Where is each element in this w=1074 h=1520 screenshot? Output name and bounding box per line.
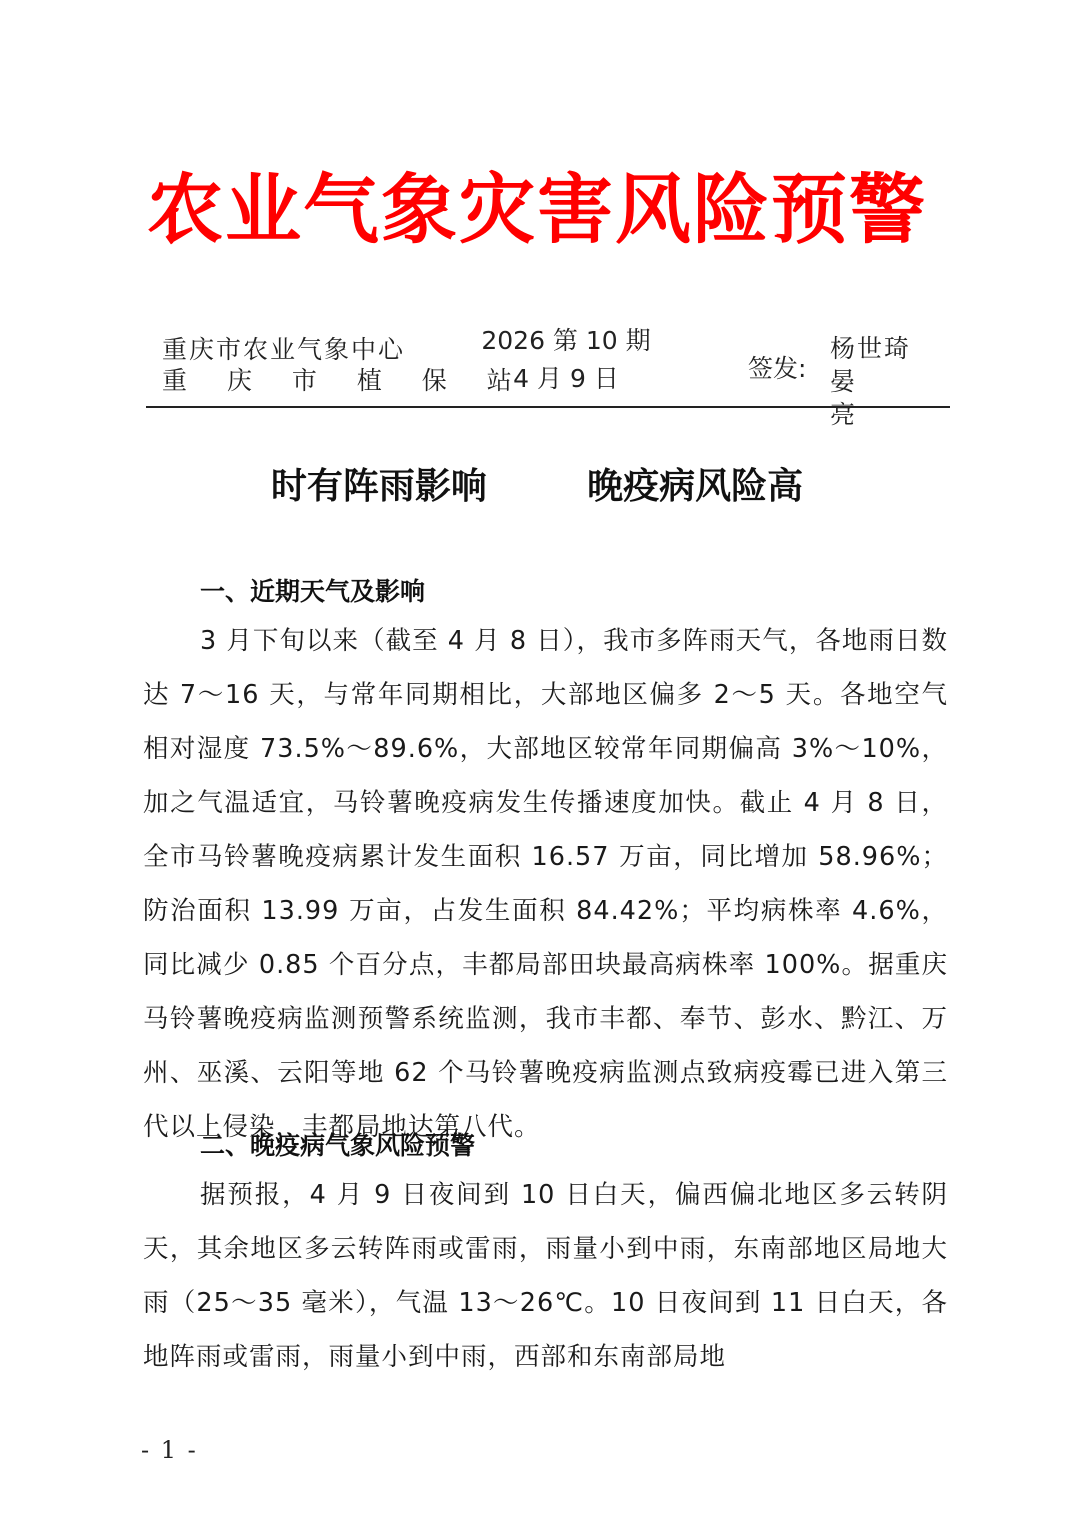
document-meta: 重庆市农业气象中心 重 庆 市 植 保 站 2026 第 10 期 4 月 9 … (146, 318, 950, 406)
sign-label: 签发: (748, 349, 806, 385)
issuing-organizations: 重庆市农业气象中心 重 庆 市 植 保 站 (162, 334, 528, 396)
document-title: 时有阵雨影响 晚疫病风险高 (0, 460, 1074, 512)
section-heading-1: 一、近期天气及影响 (200, 572, 425, 612)
paragraph-1: 3 月下旬以来（截至 4 月 8 日），我市多阵雨天气，各地雨日数达 7～16 … (143, 614, 948, 1154)
signer-2: 晏 亮 (830, 365, 950, 431)
section-body-2: 据预报，4 月 9 日夜间到 10 日白天，偏西偏北地区多云转阴天，其余地区多云… (143, 1168, 948, 1384)
page-number: - 1 - (141, 1436, 198, 1464)
signer-1: 杨世琦 (830, 332, 950, 365)
header-divider (146, 406, 950, 408)
issue-number: 2026 第 10 期 (476, 322, 656, 360)
paragraph-2: 据预报，4 月 9 日夜间到 10 日白天，偏西偏北地区多云转阴天，其余地区多云… (143, 1168, 948, 1384)
section-body-1: 3 月下旬以来（截至 4 月 8 日），我市多阵雨天气，各地雨日数达 7～16 … (143, 614, 948, 1154)
issue-info: 2026 第 10 期 4 月 9 日 (476, 322, 656, 398)
issuer-2: 重 庆 市 植 保 站 (162, 365, 528, 396)
issue-date: 4 月 9 日 (476, 360, 656, 398)
signers: 杨世琦 晏 亮 (830, 332, 950, 431)
masthead-title: 农业气象灾害风险预警 (0, 160, 1074, 260)
section-heading-2: 二、晚疫病气象风险预警 (200, 1126, 475, 1166)
issuer-1: 重庆市农业气象中心 (162, 334, 528, 365)
